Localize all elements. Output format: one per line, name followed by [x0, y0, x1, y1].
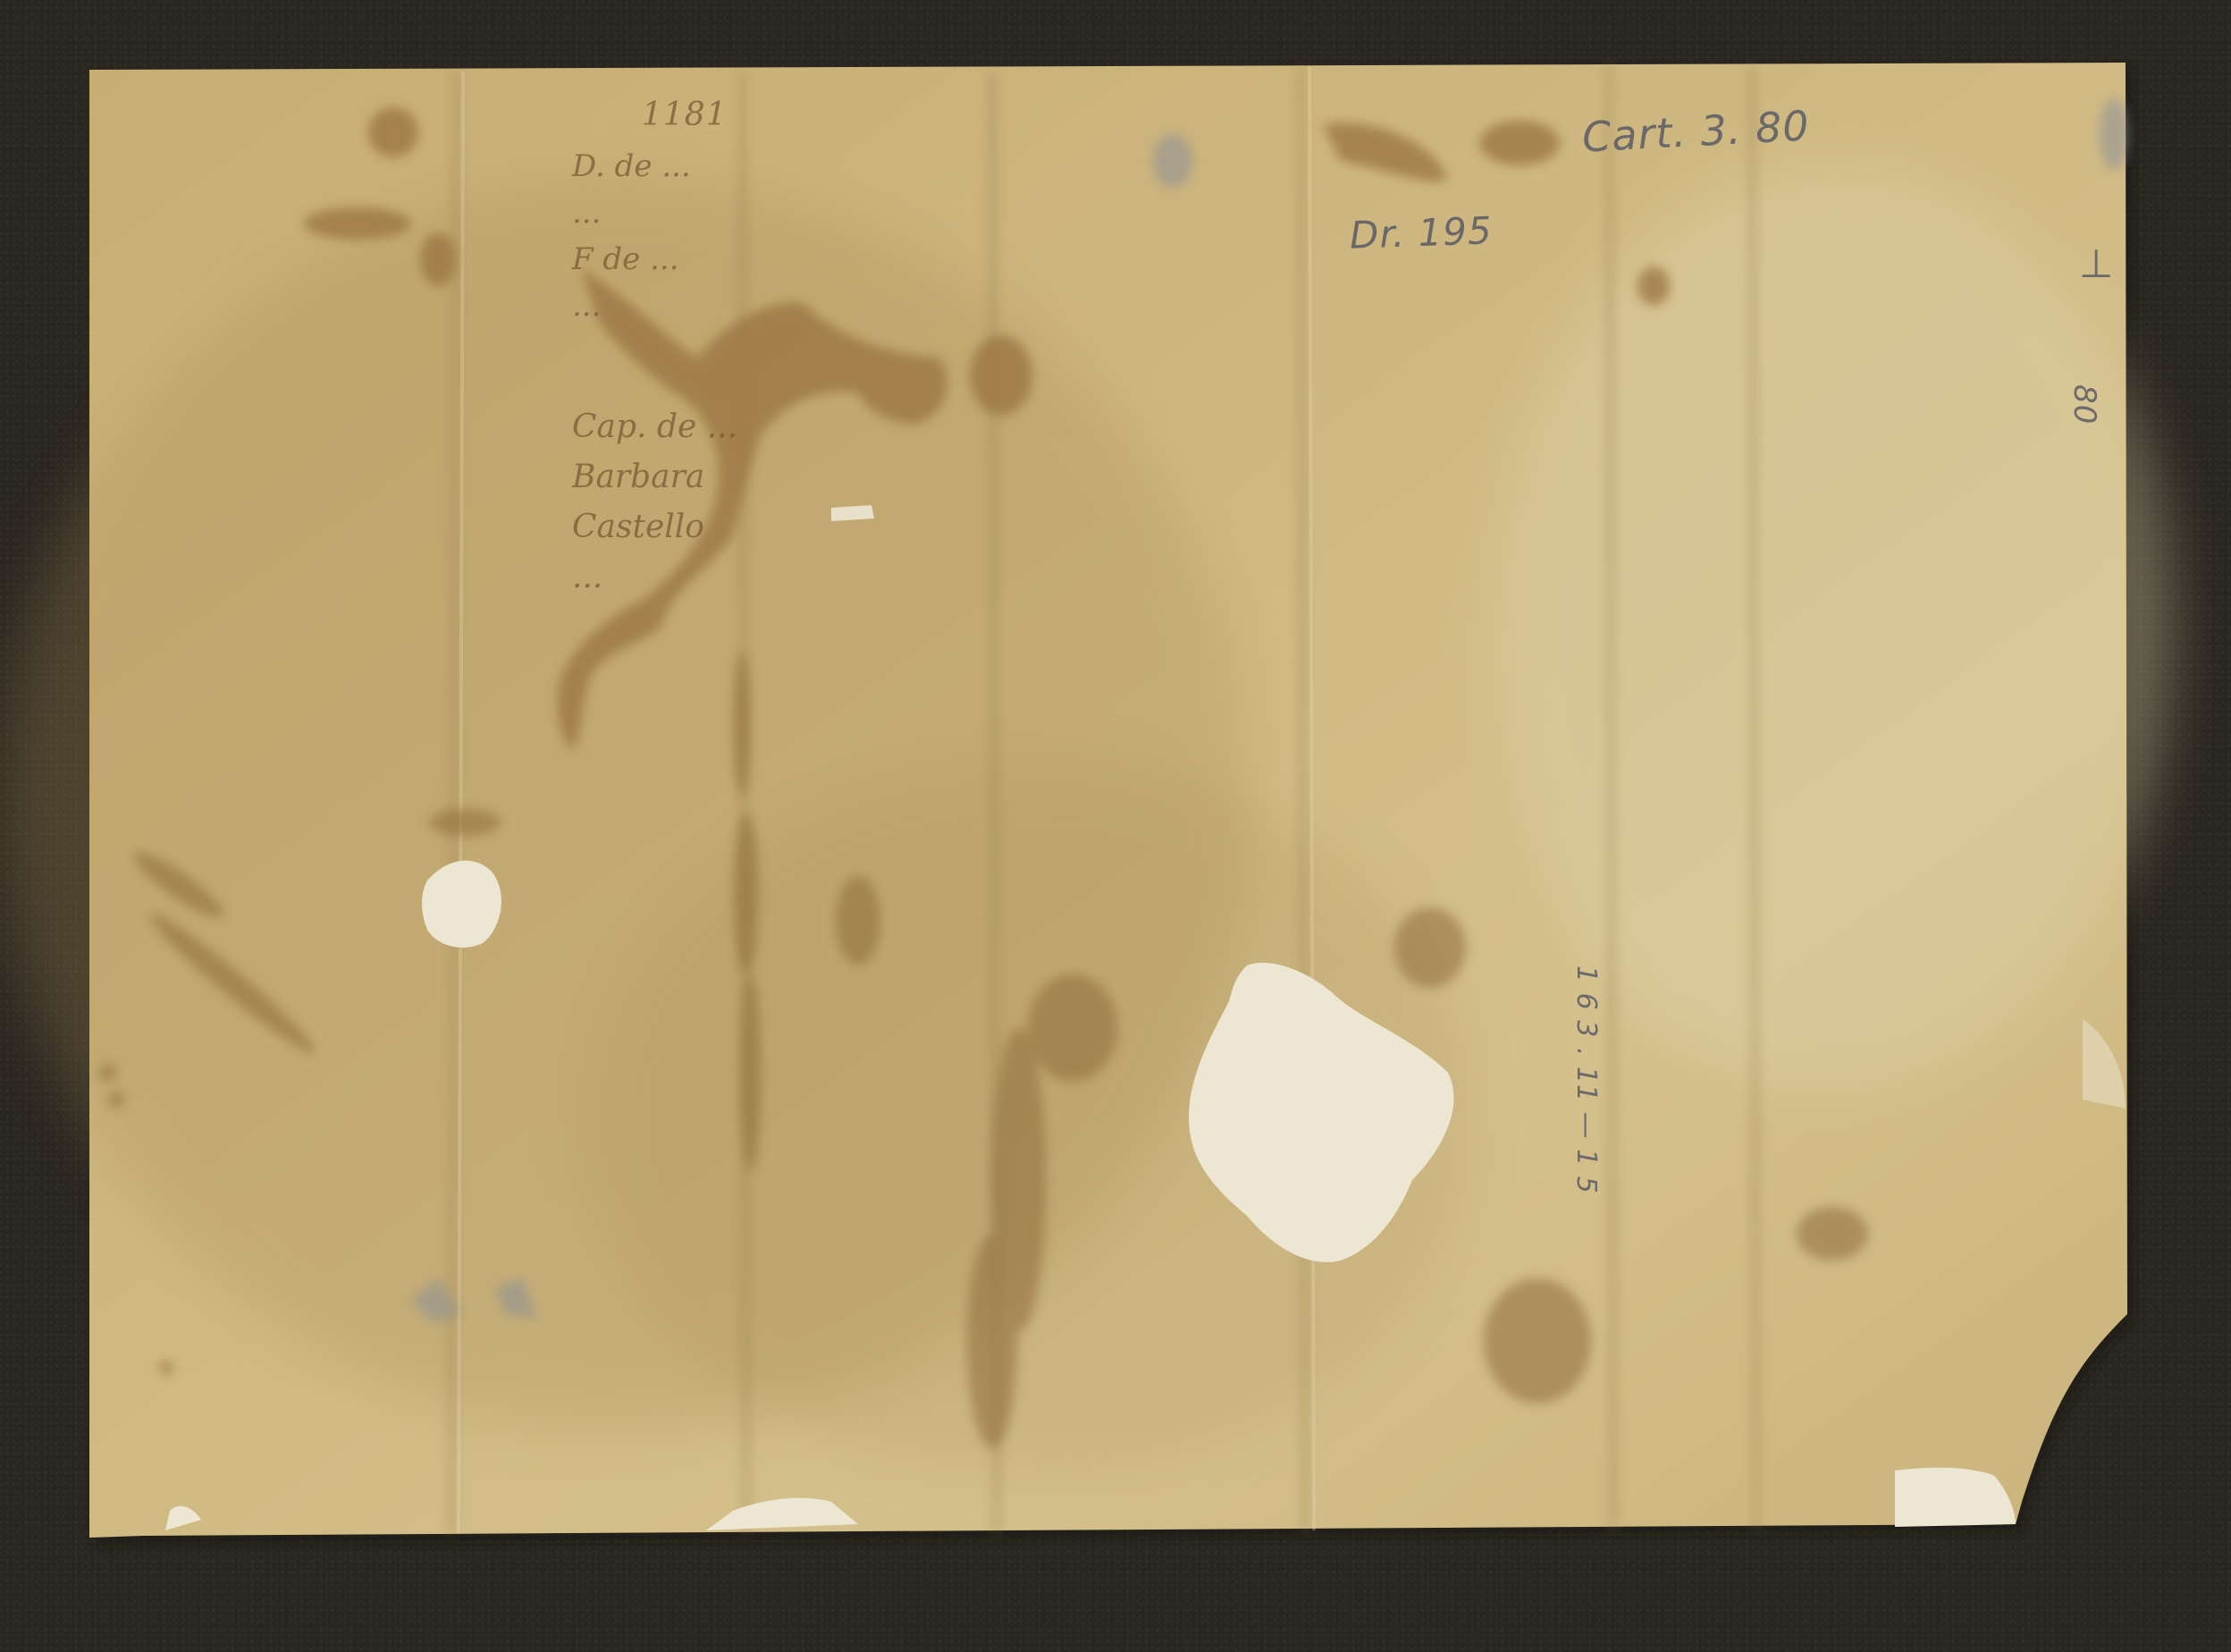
parchment-sheet	[0, 0, 2231, 1652]
endorsement-line: ...	[572, 552, 894, 603]
edge-number: 80	[2067, 384, 2102, 425]
shelf-reference: Dr. 195	[1349, 208, 1493, 257]
endorsement-line: Barbara	[572, 452, 894, 502]
endorsement-line: D. de ...	[572, 143, 894, 190]
endorsement-upper: D. de ... ... F de ... ...	[572, 143, 894, 329]
endorsement-line: ...	[572, 190, 894, 236]
corner-mark: ⊥	[2079, 241, 2114, 287]
document-photo: Cart. 3. 80 Dr. 195 1181 80 ⊥ 1 6 3 . 11…	[0, 0, 2231, 1652]
endorsement-line: Cap. de ...	[572, 402, 894, 452]
vertical-pencil-note: 1 6 3 . 11 — 1 5	[1570, 965, 1602, 1194]
endorsement-line: F de ...	[572, 236, 894, 282]
endorsement-lower: Cap. de ... Barbara Castello ...	[572, 402, 894, 603]
endorsement-line: Castello	[572, 502, 894, 552]
endorsement-line: ...	[572, 282, 894, 329]
top-number: 1181	[642, 97, 728, 133]
